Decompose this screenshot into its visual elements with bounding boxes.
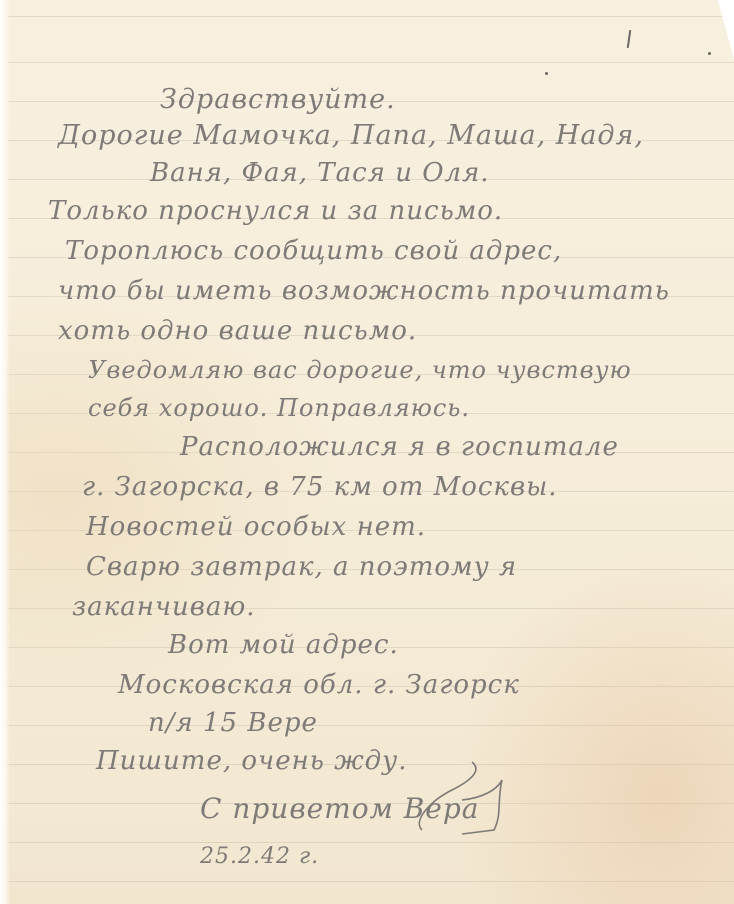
letter-line: Уведомляю вас дорогие, что чувствую [88, 356, 632, 384]
signature-flourish [402, 760, 512, 840]
letter-line: Новостей особых нет. [86, 512, 426, 542]
letter-line: Пишите, очень жду. [96, 746, 408, 776]
letter-line: Ваня, Фая, Тася и Оля. [150, 158, 490, 188]
letter-line: Только проснулся и за письмо. [48, 196, 503, 226]
letter-line: г. Загорска, в 75 км от Москвы. [82, 472, 558, 502]
letter-line: заканчиваю. [72, 592, 256, 622]
folded-corner [718, 0, 734, 60]
letter-line: хоть одно ваше письмо. [58, 316, 417, 346]
letter-line: себя хорошо. Поправляюсь. [88, 394, 470, 422]
letter-line: Дорогие Мамочка, Папа, Маша, Надя, [58, 120, 644, 151]
letter-greeting: Здравствуйте. [160, 84, 396, 115]
letter-line: Тороплюсь сообщить свой адрес, [65, 236, 562, 266]
letter-line: Вот мой адрес. [168, 630, 399, 660]
return-address-line: Московская обл. г. Загорск [118, 670, 520, 700]
letter-line: что бы иметь возможность прочитать [58, 276, 670, 306]
paper-speck [708, 52, 711, 55]
paper-speck [545, 72, 548, 75]
return-address-line: п/я 15 Вере [148, 708, 318, 738]
letter-date: 25.2.42 г. [200, 844, 319, 869]
paper-left-edge [0, 0, 10, 904]
letter-line: Сварю завтрак, а поэтому я [86, 552, 517, 582]
letter-line: Расположился я в госпитале [180, 432, 619, 462]
